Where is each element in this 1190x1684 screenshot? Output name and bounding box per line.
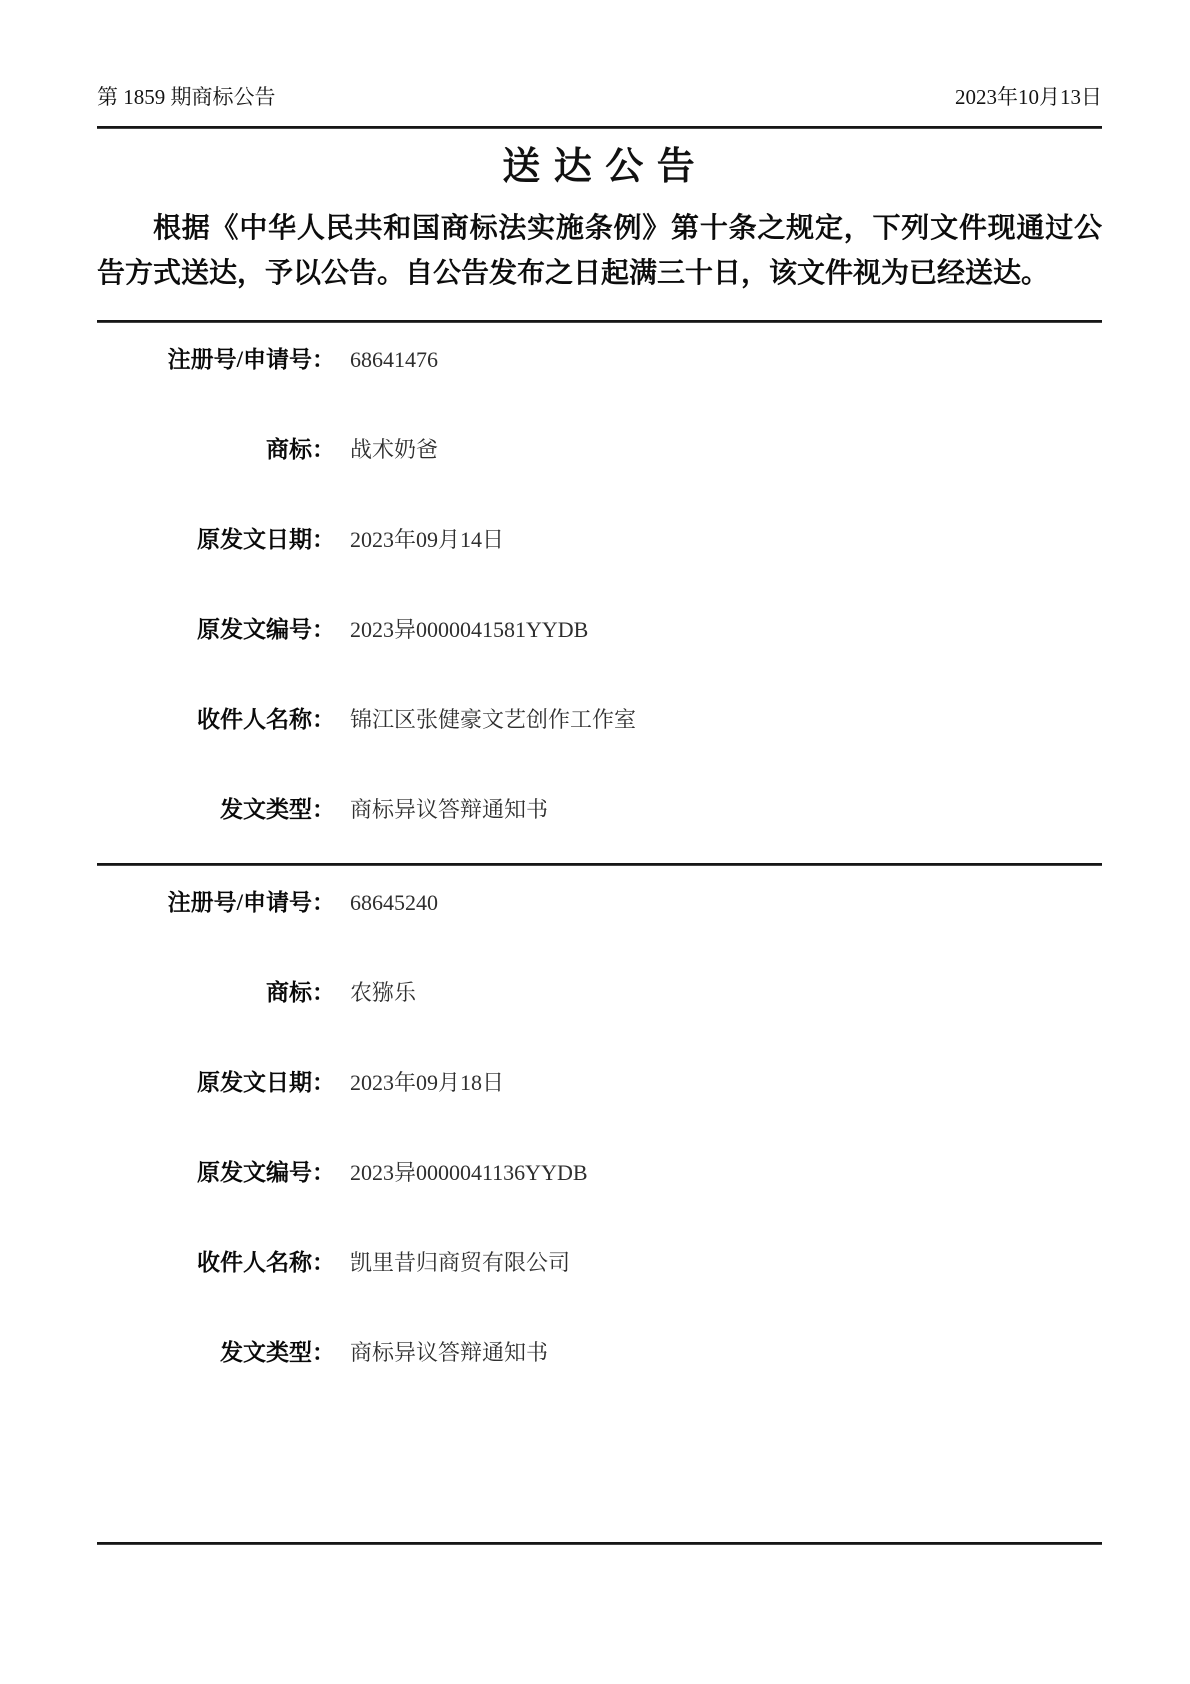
field-row-original-issue-date: 原发文日期： 2023年09月18日 <box>97 1046 1102 1136</box>
gazette-date: 2023年10月13日 <box>955 84 1102 110</box>
field-row-trademark: 商标： 农猕乐 <box>97 956 1102 1046</box>
header-divider <box>97 126 1102 129</box>
notice-record-2: 注册号/申请号： 68645240 商标： 农猕乐 原发文日期： 2023年09… <box>97 863 1102 1406</box>
field-row-trademark: 商标： 战术奶爸 <box>97 413 1102 503</box>
field-label: 原发文日期： <box>97 525 335 555</box>
field-label: 原发文编号： <box>97 1158 335 1188</box>
field-value: 商标异议答辩通知书 <box>350 795 548 825</box>
notice-record-1: 注册号/申请号： 68641476 商标： 战术奶爸 原发文日期： 2023年0… <box>97 320 1102 863</box>
field-label: 商标： <box>97 435 335 465</box>
field-label: 原发文日期： <box>97 1068 335 1098</box>
field-value: 2023年09月18日 <box>350 1068 504 1098</box>
field-row-recipient-name: 收件人名称： 锦江区张健豪文艺创作工作室 <box>97 683 1102 773</box>
field-value: 2023年09月14日 <box>350 525 504 555</box>
field-label: 收件人名称： <box>97 705 335 735</box>
field-label: 发文类型： <box>97 1338 335 1368</box>
field-value: 68645240 <box>350 888 438 918</box>
gazette-issue-label: 第 1859 期商标公告 <box>97 84 276 110</box>
field-value: 2023异0000041581YYDB <box>350 615 588 645</box>
notice-title: 送 达 公 告 <box>97 143 1102 192</box>
page-header: 第 1859 期商标公告 2023年10月13日 <box>97 84 1102 110</box>
record-2-rows: 注册号/申请号： 68645240 商标： 农猕乐 原发文日期： 2023年09… <box>97 866 1102 1406</box>
field-label: 收件人名称： <box>97 1248 335 1278</box>
field-value: 2023异0000041136YYDB <box>350 1158 588 1188</box>
field-value: 锦江区张健豪文艺创作工作室 <box>350 705 636 735</box>
field-label: 注册号/申请号： <box>97 345 335 375</box>
field-row-registration-number: 注册号/申请号： 68645240 <box>97 866 1102 956</box>
field-row-recipient-name: 收件人名称： 凯里昔归商贸有限公司 <box>97 1226 1102 1316</box>
bottom-divider <box>97 1542 1102 1545</box>
gazette-page: 第 1859 期商标公告 2023年10月13日 送 达 公 告 根据《中华人民… <box>0 0 1190 1684</box>
field-label: 发文类型： <box>97 795 335 825</box>
field-value: 农猕乐 <box>350 978 416 1008</box>
record-1-rows: 注册号/申请号： 68641476 商标： 战术奶爸 原发文日期： 2023年0… <box>97 323 1102 863</box>
field-row-original-document-number: 原发文编号： 2023异0000041581YYDB <box>97 593 1102 683</box>
field-value: 战术奶爸 <box>350 435 438 465</box>
field-row-original-document-number: 原发文编号： 2023异0000041136YYDB <box>97 1136 1102 1226</box>
field-value: 68641476 <box>350 345 438 375</box>
field-row-registration-number: 注册号/申请号： 68641476 <box>97 323 1102 413</box>
field-label: 商标： <box>97 978 335 1008</box>
field-row-document-type: 发文类型： 商标异议答辩通知书 <box>97 1316 1102 1406</box>
field-row-document-type: 发文类型： 商标异议答辩通知书 <box>97 773 1102 863</box>
field-label: 原发文编号： <box>97 615 335 645</box>
notice-intro: 根据《中华人民共和国商标法实施条例》第十条之规定，下列文件现通过公告方式送达，予… <box>97 206 1102 296</box>
field-value: 凯里昔归商贸有限公司 <box>350 1248 570 1278</box>
field-value: 商标异议答辩通知书 <box>350 1338 548 1368</box>
field-label: 注册号/申请号： <box>97 888 335 918</box>
field-row-original-issue-date: 原发文日期： 2023年09月14日 <box>97 503 1102 593</box>
